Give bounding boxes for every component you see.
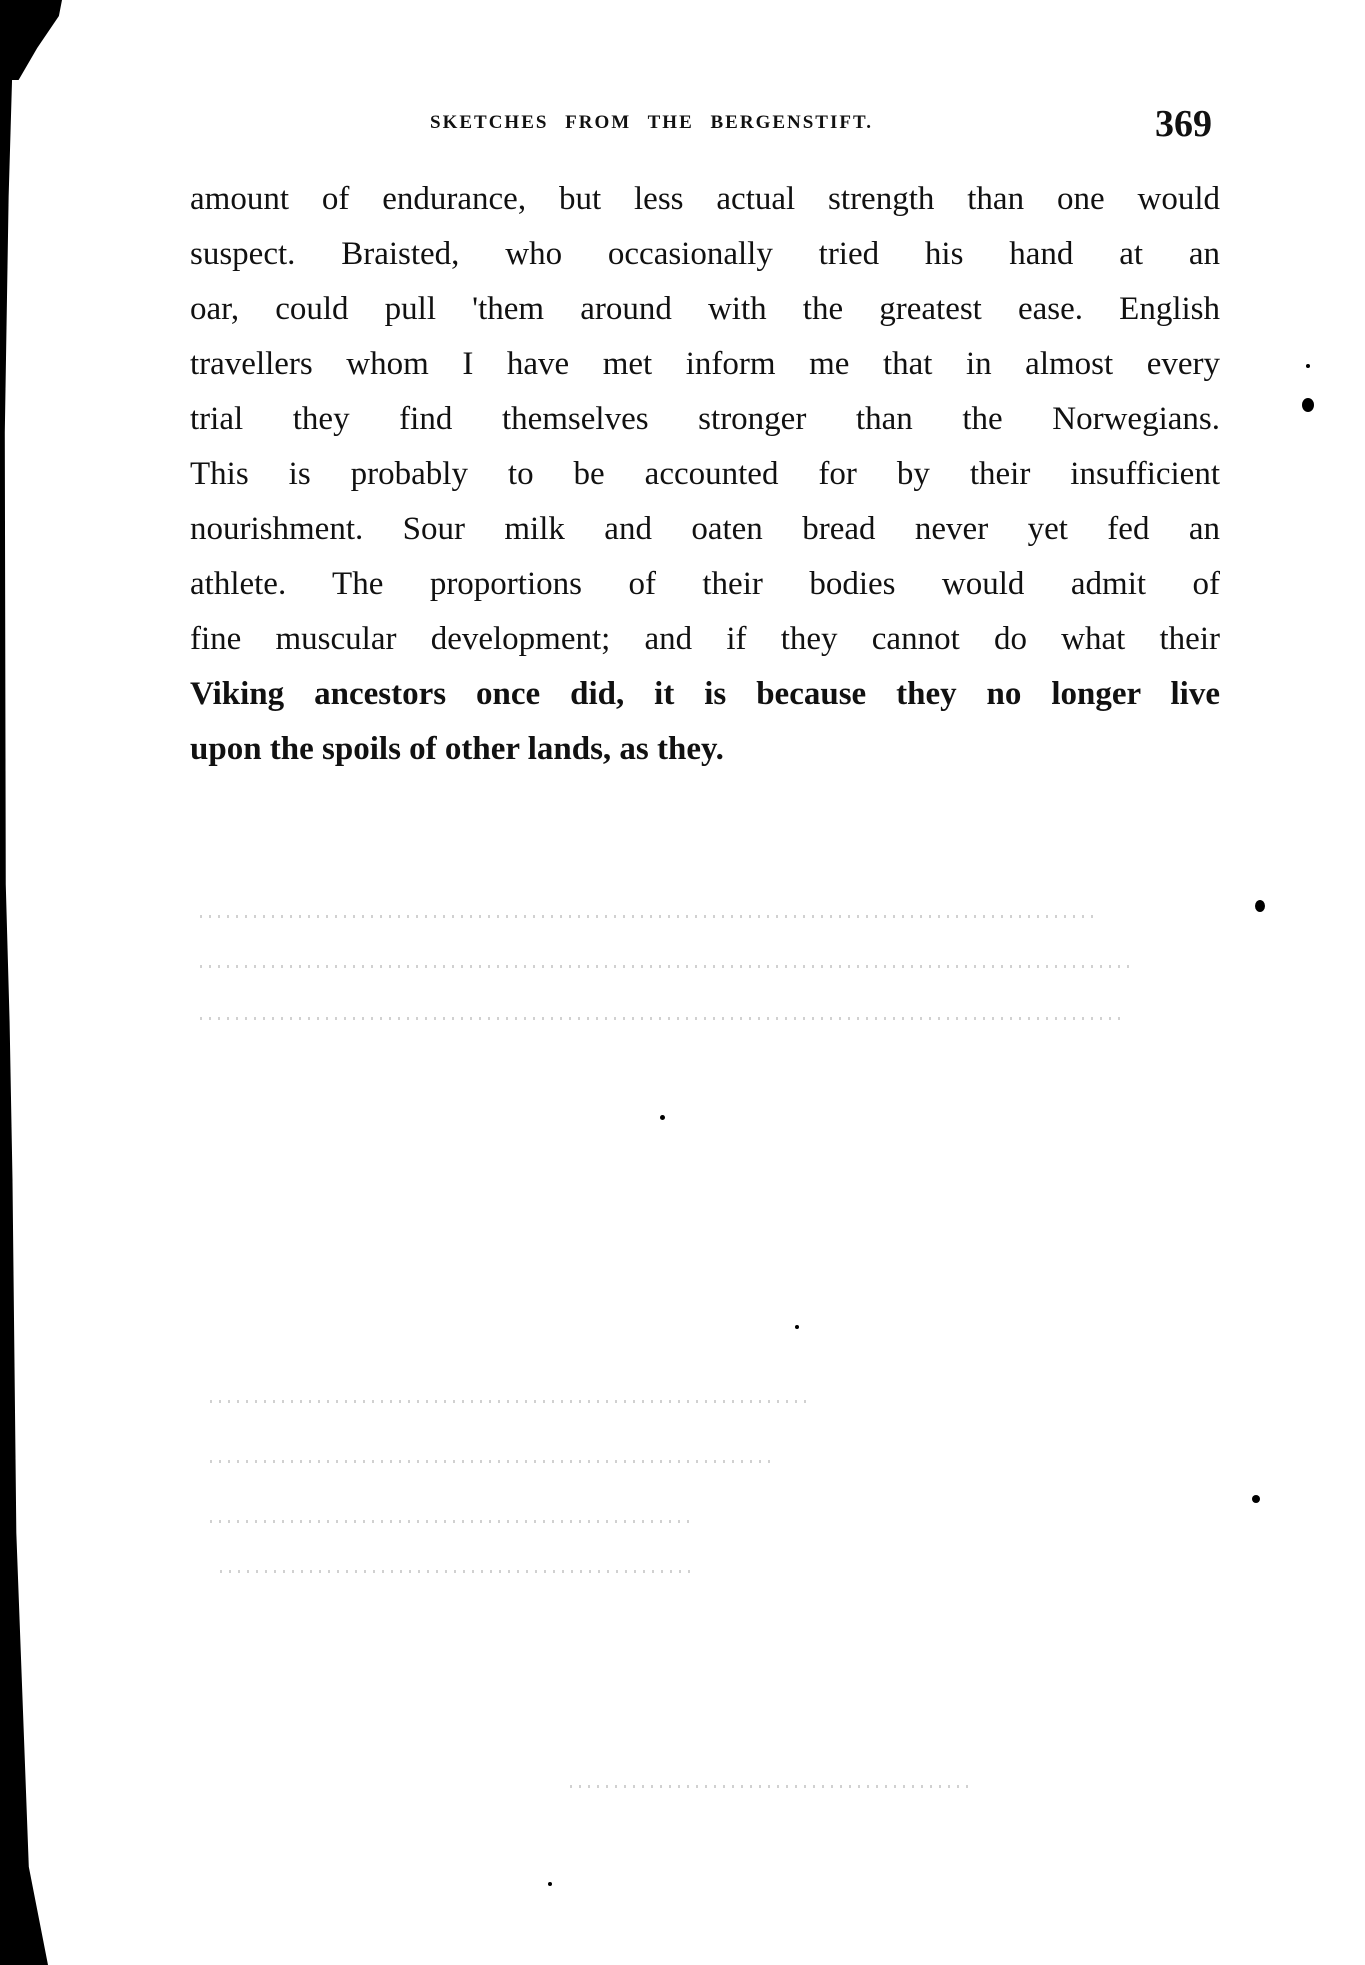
ink-speck — [1306, 364, 1310, 368]
text-line: Viking ancestors once did, it is because… — [190, 667, 1220, 722]
page-number: 369 — [1155, 102, 1212, 146]
ink-speck — [1255, 900, 1265, 912]
bleed-through-line — [200, 1017, 1120, 1020]
bleed-through-line — [210, 1400, 810, 1403]
ink-speck — [1252, 1495, 1260, 1503]
text-line: fine muscular development; and if they c… — [190, 612, 1220, 667]
bleed-through-line — [570, 1785, 970, 1788]
ink-speck — [548, 1882, 552, 1886]
text-line: trial they find themselves stronger than… — [190, 392, 1220, 447]
ink-speck — [660, 1115, 665, 1120]
bleed-through-line — [210, 1460, 770, 1463]
text-line: amount of endurance, but less actual str… — [190, 172, 1220, 227]
text-line: nourishment. Sour milk and oaten bread n… — [190, 502, 1220, 557]
bleed-through-line — [200, 915, 1100, 918]
text-line: upon the spoils of other lands, as they. — [190, 722, 1220, 777]
text-line: oar, could pull 'them around with the gr… — [190, 282, 1220, 337]
bleed-through-line — [220, 1570, 690, 1573]
text-line: suspect. Braisted, who occasionally trie… — [190, 227, 1220, 282]
bleed-through-line — [210, 1520, 690, 1523]
ink-speck — [1302, 398, 1314, 412]
running-head: SKETCHES FROM THE BERGENSTIFT. — [430, 112, 873, 134]
text-line: travellers whom I have met inform me tha… — [190, 337, 1220, 392]
body-paragraph: amount of endurance, but less actual str… — [190, 172, 1220, 777]
binding-shadow-edge — [0, 0, 48, 1965]
text-line: athlete. The proportions of their bodies… — [190, 557, 1220, 612]
ink-speck — [795, 1325, 799, 1329]
bleed-through-line — [200, 965, 1130, 968]
text-line: This is probably to be accounted for by … — [190, 447, 1220, 502]
